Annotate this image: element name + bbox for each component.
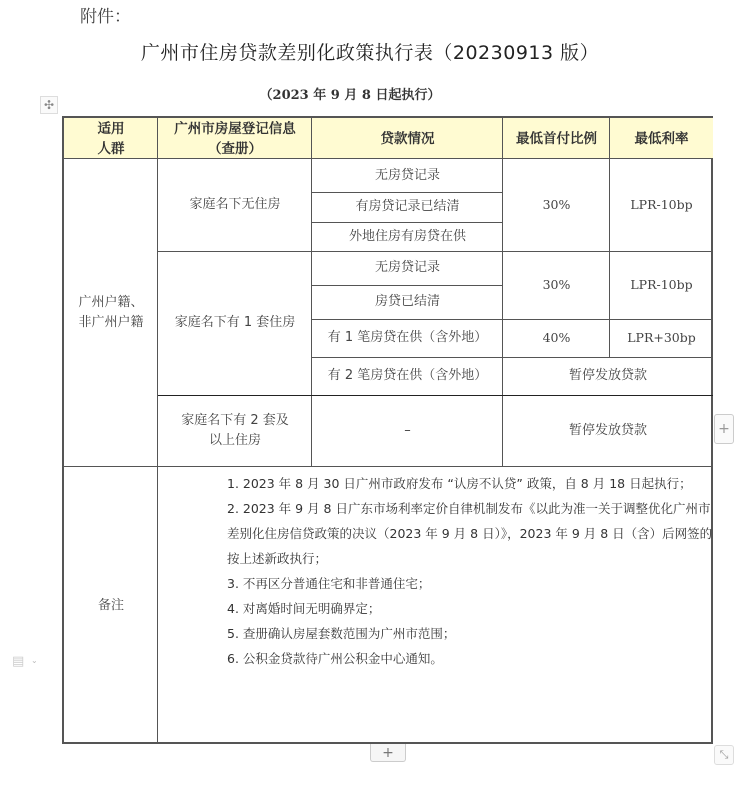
divider xyxy=(312,285,503,286)
loan-status-cell: 无房贷记录 xyxy=(312,159,503,192)
table-resize-handle[interactable]: ⤡ xyxy=(714,745,734,765)
cell-text: 非广州户籍 xyxy=(78,313,143,333)
loan-status-cell: – xyxy=(312,395,503,466)
header-text: 人群 xyxy=(98,139,125,159)
note-item: 6. 公积金贷款待广州公积金中心通知。 xyxy=(227,646,713,671)
header-text: （查册） xyxy=(208,139,262,159)
document-title: 广州市住房贷款差别化政策执行表（20230913 版） xyxy=(0,38,740,65)
loan-status-cell: 房贷已结清 xyxy=(312,285,503,319)
chevron-down-icon[interactable]: ⌄ xyxy=(31,656,38,665)
note-item: 1. 2023 年 8 月 30 日广州市政府发布 “认房不认贷” 政策，自 8… xyxy=(227,471,713,496)
down-payment-cell: 40% xyxy=(503,319,610,357)
loan-status-cell: 有 2 笔房贷在供（含外地） xyxy=(312,357,503,395)
notes-list: 1. 2023 年 8 月 30 日广州市政府发布 “认房不认贷” 政策，自 8… xyxy=(221,467,713,671)
note-item: 2. 2023 年 9 月 8 日广东市场利率定价自律机制发布《以此为准一关于调… xyxy=(227,496,713,571)
add-column-button[interactable]: + xyxy=(714,414,734,444)
down-payment-cell: 30% xyxy=(503,159,610,251)
divider xyxy=(312,319,713,320)
suspended-cell: 暂停发放贷款 xyxy=(503,395,713,466)
divider xyxy=(312,222,503,223)
divider xyxy=(312,357,713,358)
loan-status-cell: 有 1 笔房贷在供（含外地） xyxy=(312,319,503,357)
divider xyxy=(609,118,610,357)
divider xyxy=(157,118,158,744)
rate-cell: LPR-10bp xyxy=(610,159,713,251)
document-icon[interactable]: ▤ xyxy=(12,654,24,669)
housing-two-plus-cell: 家庭名下有 2 套及 以上住房 xyxy=(158,395,312,466)
rate-cell: LPR+30bp xyxy=(610,319,713,357)
note-item: 3. 不再区分普通住宅和非普通住宅； xyxy=(227,571,713,596)
cell-text: 家庭名下有 2 套及 xyxy=(181,411,289,431)
header-registration-info: 广州市房屋登记信息 （查册） xyxy=(158,118,312,159)
document-subtitle: （2023 年 9 月 8 日起执行） xyxy=(0,84,700,103)
note-item: 5. 查册确认房屋套数范围为广州市范围； xyxy=(227,621,713,646)
divider xyxy=(64,158,713,159)
divider xyxy=(502,118,503,466)
header-loan-status: 贷款情况 xyxy=(312,118,503,159)
notes-label: 备注 xyxy=(64,467,158,744)
move-icon: ✣ xyxy=(44,98,54,112)
header-applicable-group: 适用 人群 xyxy=(64,118,158,159)
cell-text: 以上住房 xyxy=(209,431,261,451)
add-row-button[interactable]: + xyxy=(370,744,406,762)
loan-status-cell: 外地住房有房贷在供 xyxy=(312,222,503,251)
loan-status-cell: 有房贷记录已结清 xyxy=(312,192,503,222)
divider xyxy=(64,466,713,467)
table-move-handle[interactable]: ✣ xyxy=(40,96,58,114)
header-text: 广州市房屋登记信息 xyxy=(174,119,296,139)
plus-icon: + xyxy=(718,421,730,437)
note-item: 4. 对离婚时间无明确界定； xyxy=(227,596,713,621)
divider xyxy=(312,192,503,193)
down-payment-cell: 30% xyxy=(503,251,610,319)
policy-table: 适用 人群 广州市房屋登记信息 （查册） 贷款情况 最低首付比例 最低利率 广州… xyxy=(62,116,713,744)
applicable-group-cell: 广州户籍、 非广州户籍 xyxy=(64,159,158,466)
housing-one-cell: 家庭名下有 1 套住房 xyxy=(158,251,312,395)
suspended-cell: 暂停发放贷款 xyxy=(503,357,713,395)
cell-text: 广州户籍、 xyxy=(78,293,143,313)
divider xyxy=(311,118,312,466)
header-min-rate: 最低利率 xyxy=(610,118,713,159)
plus-icon: + xyxy=(382,745,394,761)
divider xyxy=(158,251,713,252)
header-min-down-payment: 最低首付比例 xyxy=(503,118,610,159)
housing-none-cell: 家庭名下无住房 xyxy=(158,159,312,251)
resize-icon: ⤡ xyxy=(720,748,729,762)
attachment-label: 附件： xyxy=(80,2,131,27)
rate-cell: LPR-10bp xyxy=(610,251,713,319)
loan-status-cell: 无房贷记录 xyxy=(312,251,503,285)
divider xyxy=(158,395,713,396)
header-text: 适用 xyxy=(98,119,125,139)
